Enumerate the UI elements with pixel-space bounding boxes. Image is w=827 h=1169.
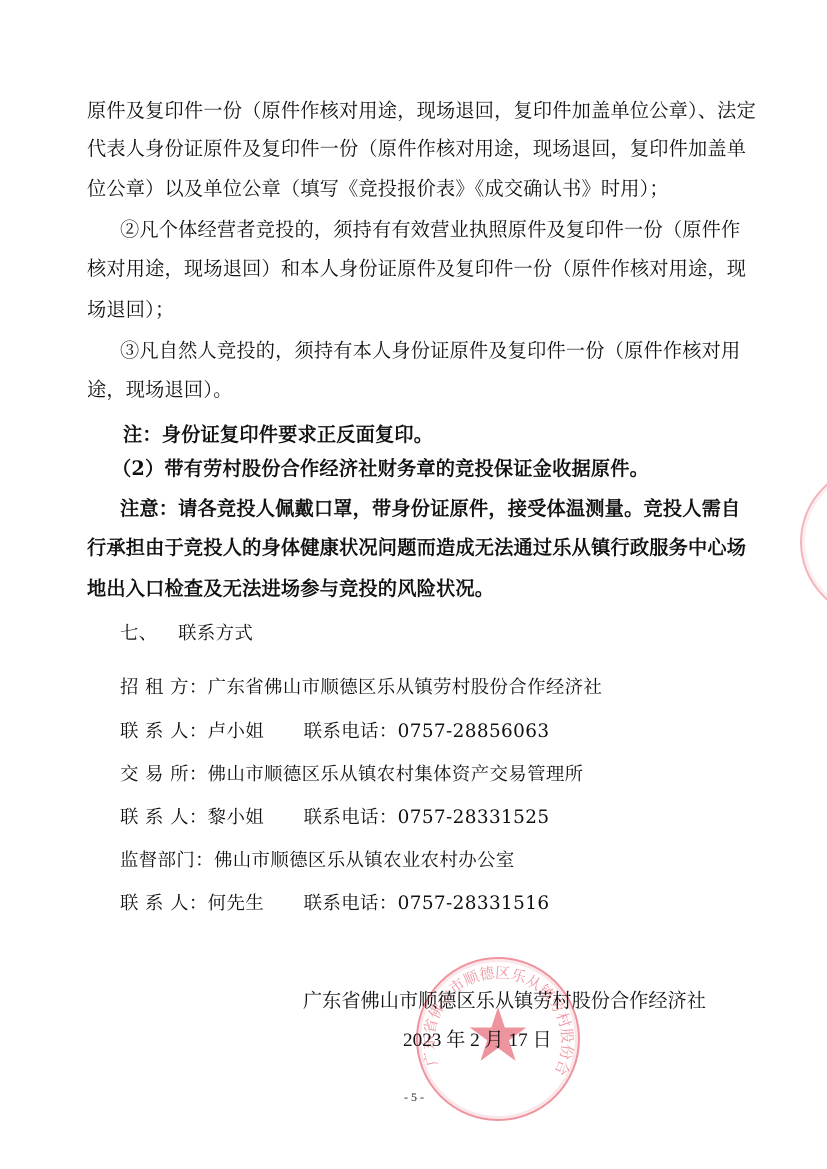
page-number: - 5 - [404,1090,424,1105]
contact-row-supervisor: 监督部门：佛山市顺德区乐从镇农业农村办公室 [120,849,515,873]
contact-label: 联 系 人： [120,893,208,914]
paragraph-line: 代表人身份证原件及复印件一份（原件作核对用途，现场退回，复印件加盖单 [87,137,746,161]
id-copy-note: 注：身份证复印件要求正反面复印。 [123,423,433,447]
signature-date: 2023 年 2 月 17 日 [403,1025,552,1052]
health-notice-line: 注意：请各竞投人佩戴口罩，带身份证原件，接受体温测量。竞投人需自 [120,497,740,521]
paragraph-line: 位公章）以及单位公章（填写《竞投报价表》《成交确认书》时用）； [87,177,669,201]
phone-number: 0757-28331516 [398,893,550,914]
phone-label: 联系电话： [304,807,398,828]
contact-row-exchange: 交 易 所：佛山市顺德区乐从镇农村集体资产交易管理所 [120,763,583,787]
contact-value: 黎小姐 [208,806,304,830]
contact-label: 监督部门： [120,850,214,871]
paragraph-line: ③凡自然人竞投的，须持有本人身份证原件及复印件一份（原件作核对用 [120,339,740,363]
phone-number: 0757-28856063 [398,721,550,742]
partial-seal-edge [800,465,827,619]
paragraph-line: 原件及复印件一份（原件作核对用途，现场退回，复印件加盖单位公章）、法定 [87,99,756,123]
contact-value: 广东省佛山市顺德区乐从镇劳村股份合作经济社 [208,677,603,698]
section-title: 联系方式 [178,623,253,644]
paragraph-line: ②凡个体经营者竞投的，须持有有效营业执照原件及复印件一份（原件作 [120,218,740,242]
contact-value: 卢小姐 [208,720,304,744]
contact-label: 招 租 方： [120,677,208,698]
signature-organization: 广东省佛山市顺德区乐从镇劳村股份合作经济社 [303,986,706,1013]
contact-value: 佛山市顺德区乐从镇农村集体资产交易管理所 [208,764,584,785]
contact-row-person: 联 系 人：卢小姐联系电话：0757-28856063 [120,720,549,744]
health-notice-line: 行承担由于竞投人的身体健康状况问题而造成无法通过乐从镇行政服务中心场 [87,536,746,560]
health-notice-line: 地出入口检查及无法进场参与竞投的风险状况。 [87,577,494,601]
contact-value: 何先生 [208,892,304,916]
phone-label: 联系电话： [304,893,398,914]
phone-label: 联系电话： [304,721,398,742]
svg-text:广东省佛山市顺德区乐从镇劳村股份合作经济社: 广东省佛山市顺德区乐从镇劳村股份合作经济社 [418,959,576,1078]
paragraph-line: 途，现场退回）。 [87,378,233,402]
contact-label: 联 系 人： [120,807,208,828]
paragraph-line: 核对用途，现场退回）和本人身份证原件及复印件一份（原件作核对用途，现 [87,257,746,281]
contact-row-lessor: 招 租 方：广东省佛山市顺德区乐从镇劳村股份合作经济社 [120,676,602,700]
contact-label: 联 系 人： [120,721,208,742]
section-number: 七、 [120,623,158,644]
paragraph-line: 场退回）； [87,298,174,322]
contact-row-person: 联 系 人：黎小姐联系电话：0757-28331525 [120,806,549,830]
contact-value: 佛山市顺德区乐从镇农业农村办公室 [214,850,515,871]
phone-number: 0757-28331525 [398,807,550,828]
contact-label: 交 易 所： [120,764,208,785]
contact-row-person: 联 系 人：何先生联系电话：0757-28331516 [120,892,549,916]
section-heading: 七、 联系方式 [120,622,253,646]
deposit-receipt-item: （2）带有劳村股份合作经济社财务章的竞投保证金收据原件。 [112,457,649,481]
